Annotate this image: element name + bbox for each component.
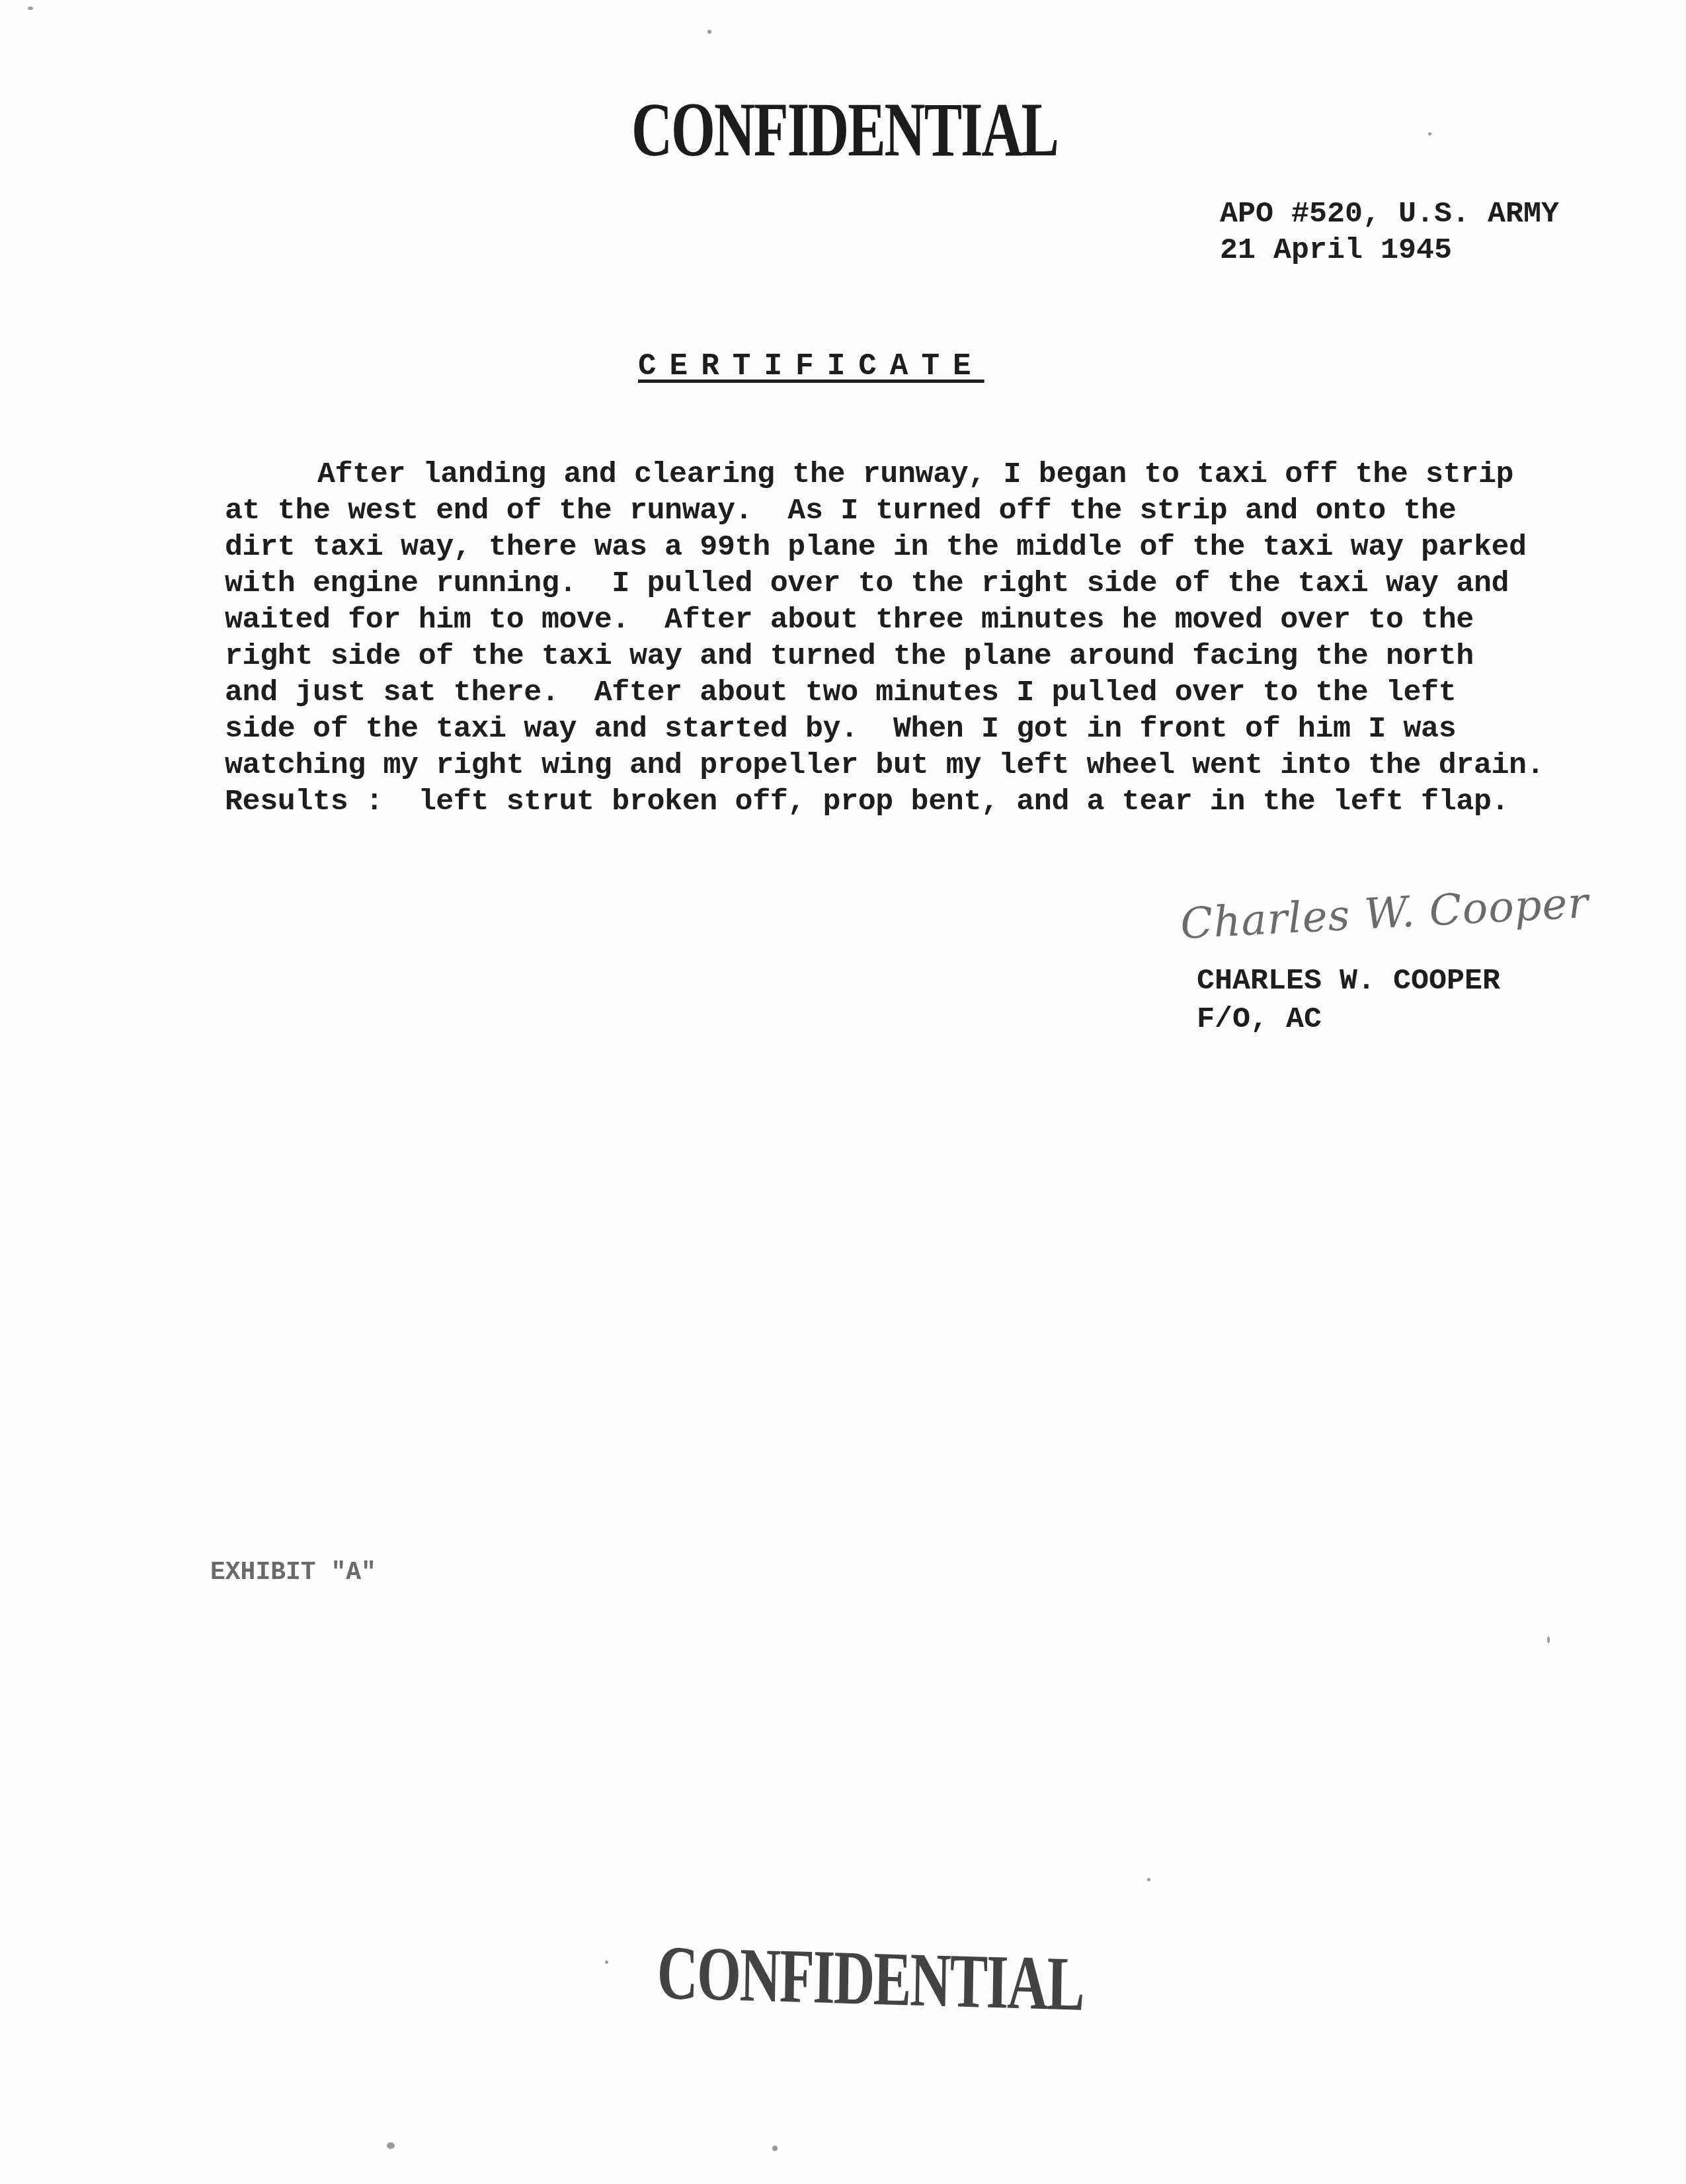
classification-stamp-bottom: CONFIDENTIAL (657, 1927, 1084, 2029)
signer-rank: F/O, AC (1197, 1000, 1500, 1039)
body-line: After landing and clearing the runway, I… (225, 456, 1613, 493)
scan-speck (605, 1961, 608, 1964)
exhibit-label: EXHIBIT "A" (210, 1558, 376, 1587)
body-line: with engine running. I pulled over to th… (225, 565, 1613, 602)
header-date: 21 April 1945 (1220, 232, 1559, 268)
scan-speck (1547, 1637, 1550, 1643)
scan-speck (28, 7, 33, 10)
signer-name: CHARLES W. COOPER (1197, 962, 1500, 1000)
header-location: APO #520, U.S. ARMY (1220, 196, 1559, 232)
signature-block: CHARLES W. COOPER F/O, AC (1197, 962, 1500, 1039)
handwritten-signature: Charles W. Cooper (1179, 879, 1589, 949)
body-line: dirt taxi way, there was a 99th plane in… (225, 529, 1613, 565)
classification-stamp-top: CONFIDENTIAL (631, 85, 1058, 174)
body-line: waited for him to move. After about thre… (225, 602, 1613, 638)
body-line: watching my right wing and propeller but… (225, 747, 1613, 784)
body-line: at the west end of the runway. As I turn… (225, 493, 1613, 529)
body-line: side of the taxi way and started by. Whe… (225, 711, 1613, 747)
certificate-body: After landing and clearing the runway, I… (225, 456, 1613, 820)
body-line: right side of the taxi way and turned th… (225, 638, 1613, 674)
document-page: CONFIDENTIAL APO #520, U.S. ARMY 21 Apri… (0, 0, 1686, 2184)
body-line: Results : left strut broken off, prop be… (225, 784, 1613, 820)
header-block: APO #520, U.S. ARMY 21 April 1945 (1220, 196, 1559, 268)
body-line: and just sat there. After about two minu… (225, 674, 1613, 711)
scan-speck (387, 2142, 395, 2149)
scan-speck (1428, 132, 1431, 136)
scan-speck (1147, 1878, 1150, 1881)
scan-speck (707, 30, 711, 34)
scan-speck (772, 2146, 778, 2151)
document-title: CERTIFICATE (638, 349, 984, 384)
